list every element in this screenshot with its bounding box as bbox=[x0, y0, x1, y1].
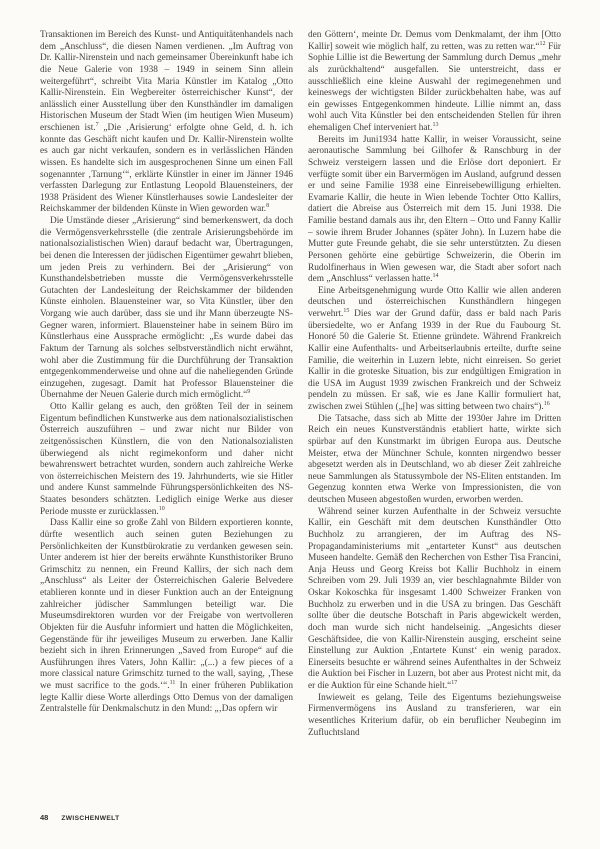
paragraph: Otto Kallir gelang es auch, den größten … bbox=[40, 402, 293, 518]
document-page: Transaktionen im Bereich des Kunst- und … bbox=[0, 0, 600, 849]
footnote-marker: 12 bbox=[540, 41, 546, 47]
paragraph: Eine Arbeitsgenehmigung wurde Otto Kalli… bbox=[308, 286, 561, 414]
footnote-marker: 17 bbox=[451, 680, 457, 686]
footnote-marker: 11 bbox=[170, 680, 176, 686]
paragraph: den Göttern‘, meinte Dr. Demus vom Denkm… bbox=[308, 30, 561, 135]
footnote-marker: 8 bbox=[266, 203, 269, 209]
footnote-marker: 9 bbox=[247, 389, 250, 395]
page-footer: 48 ZWISCHENWELT bbox=[40, 813, 120, 822]
footnote-marker: 16 bbox=[544, 401, 550, 407]
footnote-marker: 13 bbox=[432, 122, 438, 128]
paragraph: Während seiner kurzen Aufenthalte in der… bbox=[308, 507, 561, 693]
paragraph: Die Umstände dieser „Arisierung“ sind be… bbox=[40, 216, 293, 402]
footnote-marker: 15 bbox=[343, 308, 349, 314]
text-columns: Transaktionen im Bereich des Kunst- und … bbox=[40, 30, 561, 739]
footnote-marker: 7 bbox=[96, 122, 99, 128]
paragraph: Bereits im Juni1934 hatte Kallir, in wei… bbox=[308, 135, 561, 286]
paragraph: Transaktionen im Bereich des Kunst- und … bbox=[40, 30, 293, 216]
paragraph: Dass Kallir eine so große Zahl von Bilde… bbox=[40, 518, 293, 716]
journal-title: ZWISCHENWELT bbox=[61, 815, 119, 822]
paragraph: Die Tatsache, dass sich ab Mitte der 193… bbox=[308, 414, 561, 507]
page-number: 48 bbox=[40, 813, 48, 822]
footnote-marker: 14 bbox=[432, 273, 438, 279]
footnote-marker: 10 bbox=[159, 506, 165, 512]
right-column: den Göttern‘, meinte Dr. Demus vom Denkm… bbox=[308, 30, 561, 739]
paragraph: Inwieweit es gelang, Teile des Eigentums… bbox=[308, 693, 561, 740]
left-column: Transaktionen im Bereich des Kunst- und … bbox=[40, 30, 293, 739]
